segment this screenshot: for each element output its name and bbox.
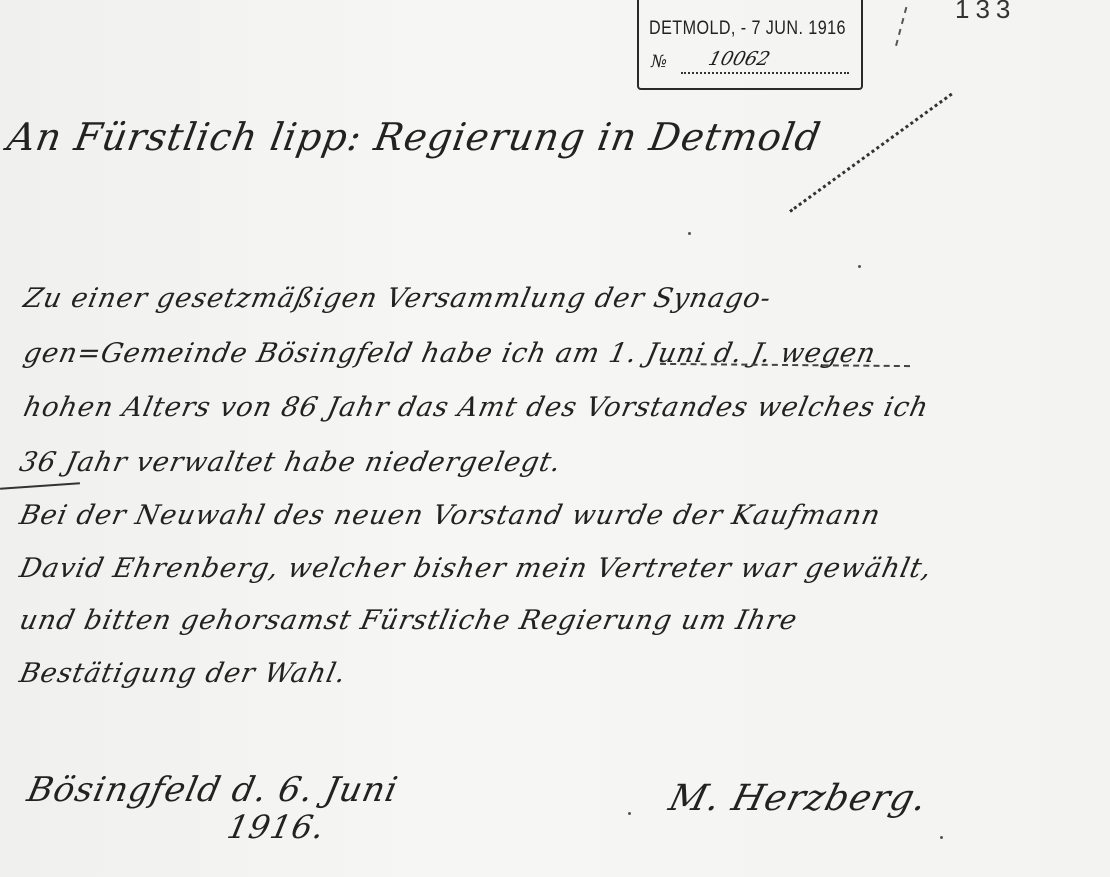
folio-number: 133 [955, 0, 1016, 25]
body-line-1: Zu einer gesetzmäßigen Versammlung der S… [21, 283, 775, 314]
stamp-number-label: № [651, 52, 667, 72]
body-line-6: David Ehrenberg, welcher bisher mein Ver… [17, 553, 935, 584]
pencil-mark [895, 7, 919, 49]
body-line-7: und bitten gehorsamst Fürstliche Regieru… [17, 605, 801, 636]
ink-speck [628, 812, 631, 815]
letter-page: DETMOLD, - 7 JUN. 1916 № 10062 133 An Fü… [0, 0, 1110, 877]
ink-speck [688, 232, 691, 235]
stamp-date: DETMOLD, - 7 JUN. 1916 [649, 18, 846, 40]
body-line-4: 36 Jahr verwaltet habe niedergelegt. [17, 447, 565, 478]
received-stamp: DETMOLD, - 7 JUN. 1916 № 10062 [637, 0, 863, 90]
addressee-line: An Fürstlich lipp: Regierung in Detmold [4, 115, 824, 159]
place-and-date: Bösingfeld d. 6. Juni [24, 770, 402, 810]
ink-speck [940, 836, 943, 839]
stamp-number-value: 10062 [706, 48, 772, 70]
body-line-5: Bei der Neuwahl des neuen Vorstand wurde… [17, 500, 884, 531]
ink-speck [858, 265, 861, 268]
year: 1916. [224, 808, 329, 846]
signature: M. Herzberg. [665, 778, 932, 819]
years-underline [0, 482, 80, 490]
body-line-8: Bestätigung der Wahl. [17, 658, 349, 689]
stamp-dotted-line [681, 72, 849, 74]
body-line-3: hohen Alters von 86 Jahr das Amt des Vor… [21, 392, 932, 423]
